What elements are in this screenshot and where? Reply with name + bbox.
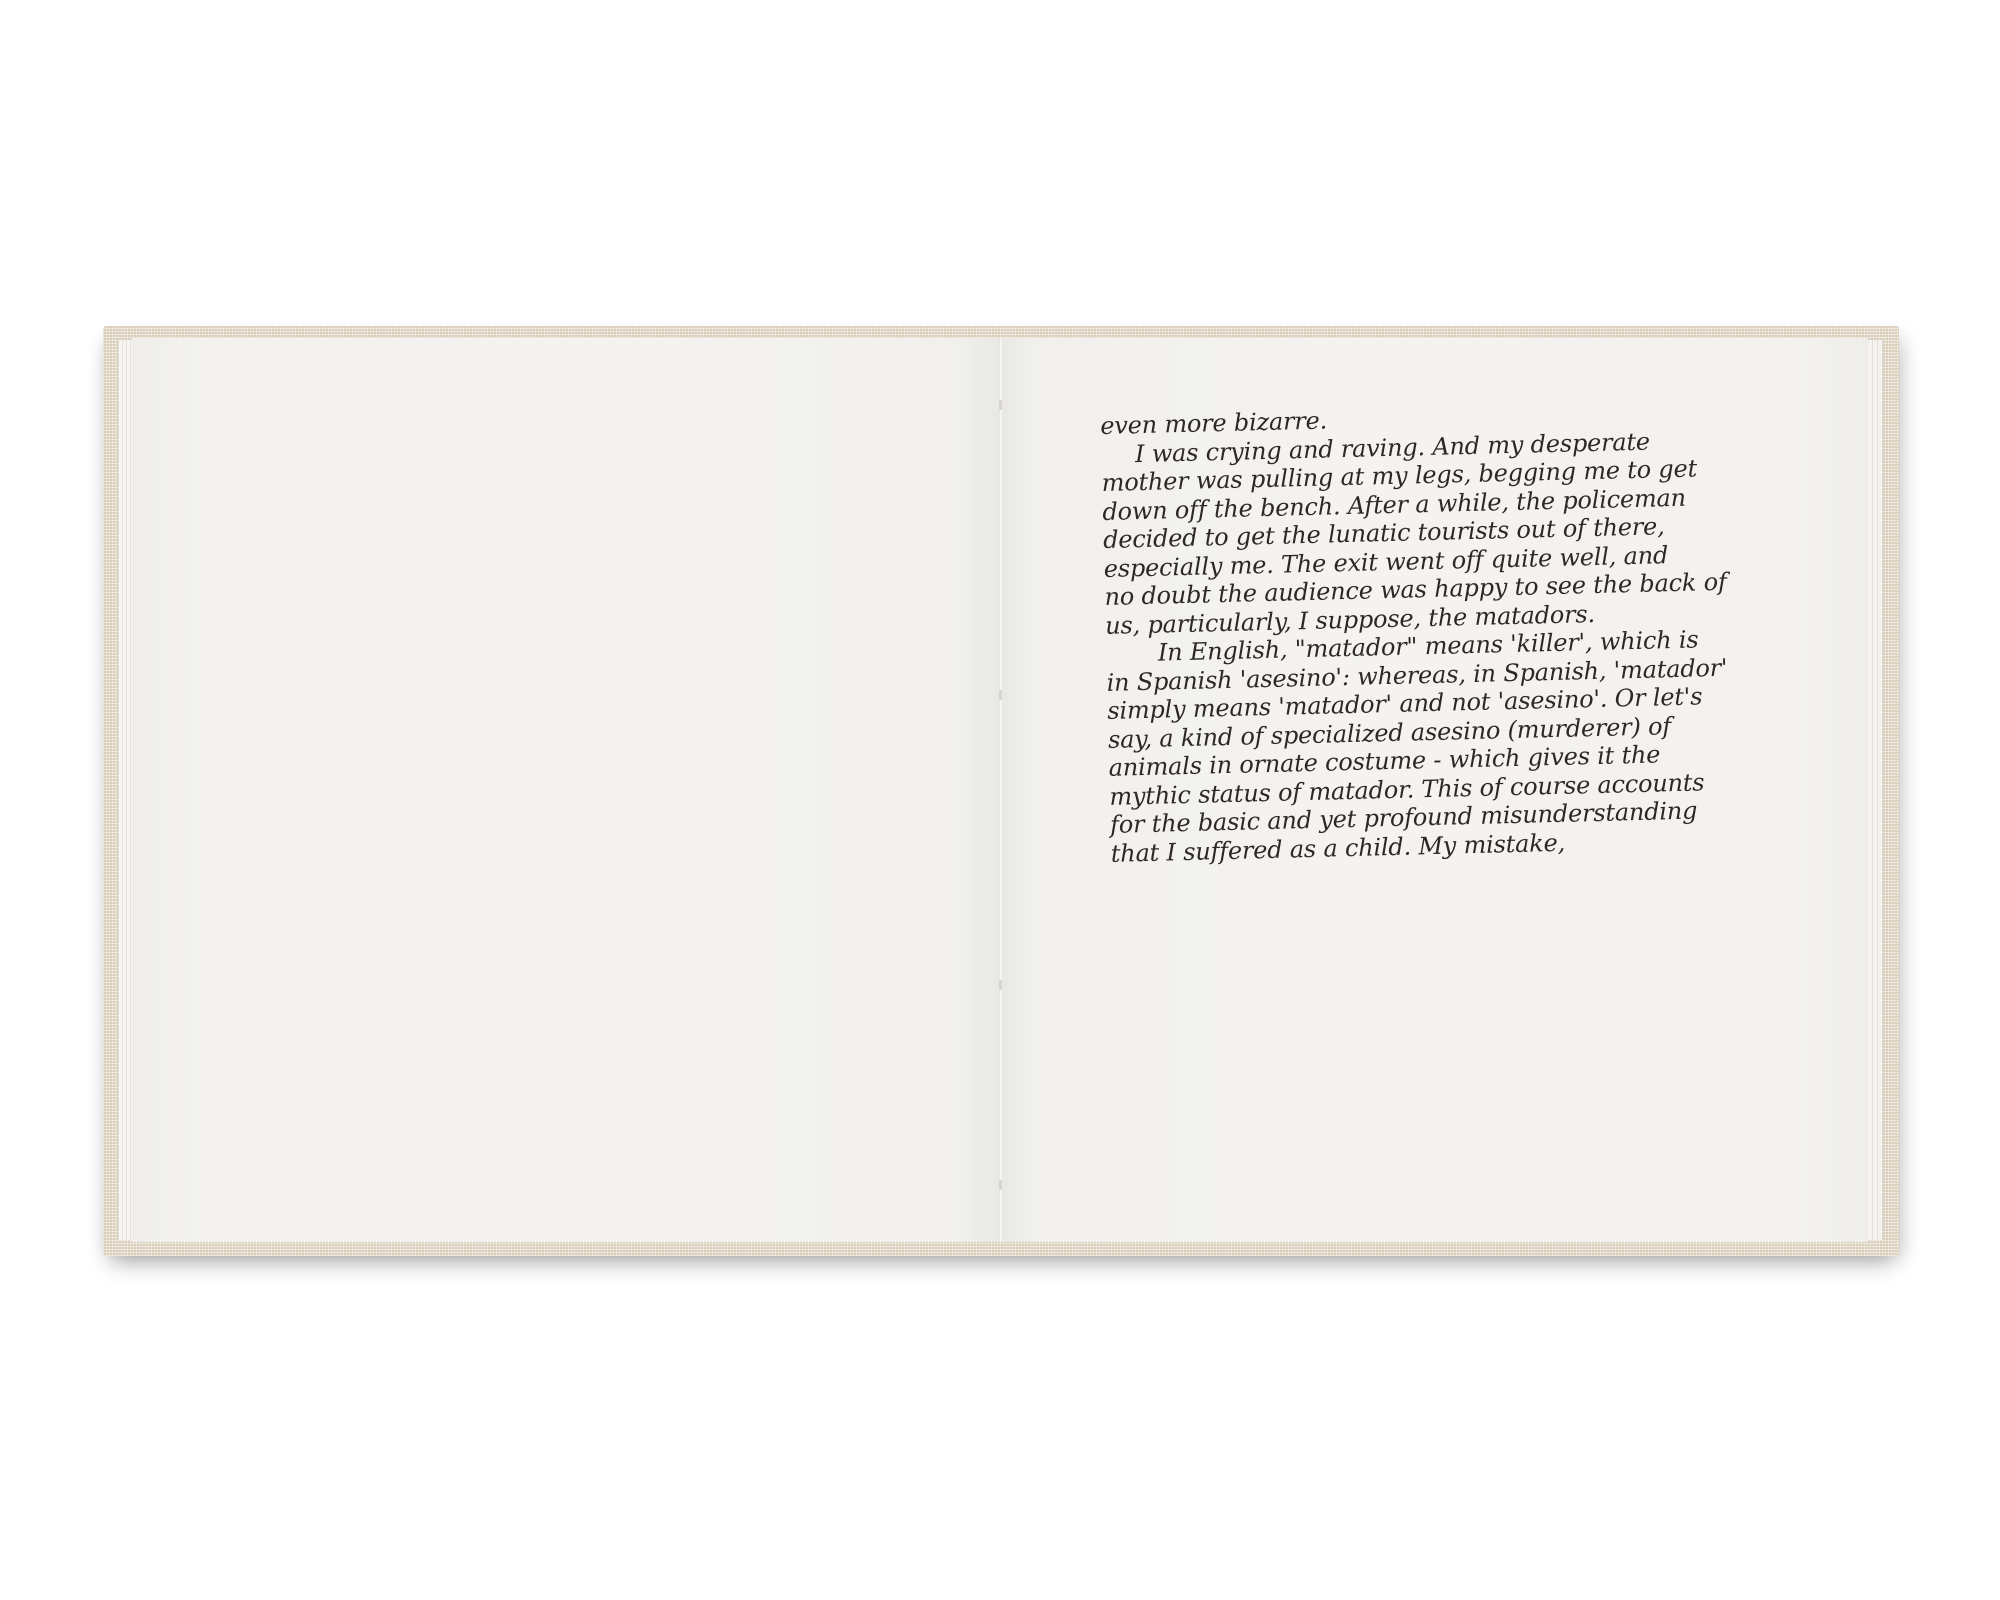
binding-stitch [999,690,1002,700]
left-page-blank [132,338,1000,1242]
right-page-stack [1868,340,1883,1240]
left-page-stack [118,340,133,1240]
book-gutter [999,338,1003,1242]
book-photo: even more bizarre. I was crying and ravi… [0,0,2000,1600]
binding-stitch [999,400,1002,410]
binding-stitch [999,1180,1002,1190]
binding-stitch [999,980,1002,990]
handwritten-text-block: even more bizarre. I was crying and ravi… [1100,395,1791,867]
